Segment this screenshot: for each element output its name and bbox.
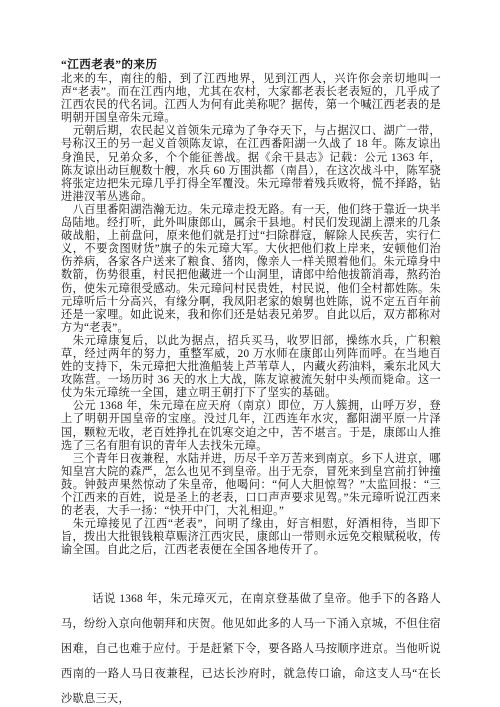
document-page: “江西老表”的来历 北来的车，南往的船，到了江西地界，见到江西人，兴许你会亲切地… (0, 0, 500, 707)
paragraph: 三个青年日夜兼程，水陆并进，历尽千辛万苦来到南京。乡下人进京，哪知皇宫大院的森严… (61, 453, 441, 518)
paragraph: 北来的车，南往的船，到了江西地界，见到江西人，兴许你会亲切地叫一声“老表”。而在… (61, 73, 441, 125)
paragraph: 元朝后期，农民起义首领朱元璋为了争夺天下，与占据汉口、湖广一带，号称汉王的另一起… (61, 125, 441, 204)
paragraph: 话说 1368 年，朱元璋灭元，在南京登基做了皇帝。他手下的各路人马，纷纷入京向… (61, 587, 441, 707)
paragraph: 朱元璋接见了江西“老表”，问明了缘由，好言相慰，好酒相待，当即下旨，拨出大批银钱… (61, 518, 441, 557)
document-title: “江西老表”的来历 (61, 58, 441, 72)
paragraph: 朱元璋康复后，以此为据点，招兵买马，收罗旧部，操练水兵，广积粮草，经过两年的努力… (61, 335, 441, 400)
paragraph: 八百里番阳湖浩瀚无边。朱元璋走投无路。有一天，他们终于靠近一块半岛陆地。经打听，… (61, 204, 441, 335)
paragraph: 公元 1368 年，朱元璋在应天府（南京）即位，万人簇拥，山呼万岁，登上了明朝开… (61, 400, 441, 452)
paragraph-container: 北来的车，南往的船，到了江西地界，见到江西人，兴许你会亲切地叫一声“老表”。而在… (61, 73, 441, 707)
